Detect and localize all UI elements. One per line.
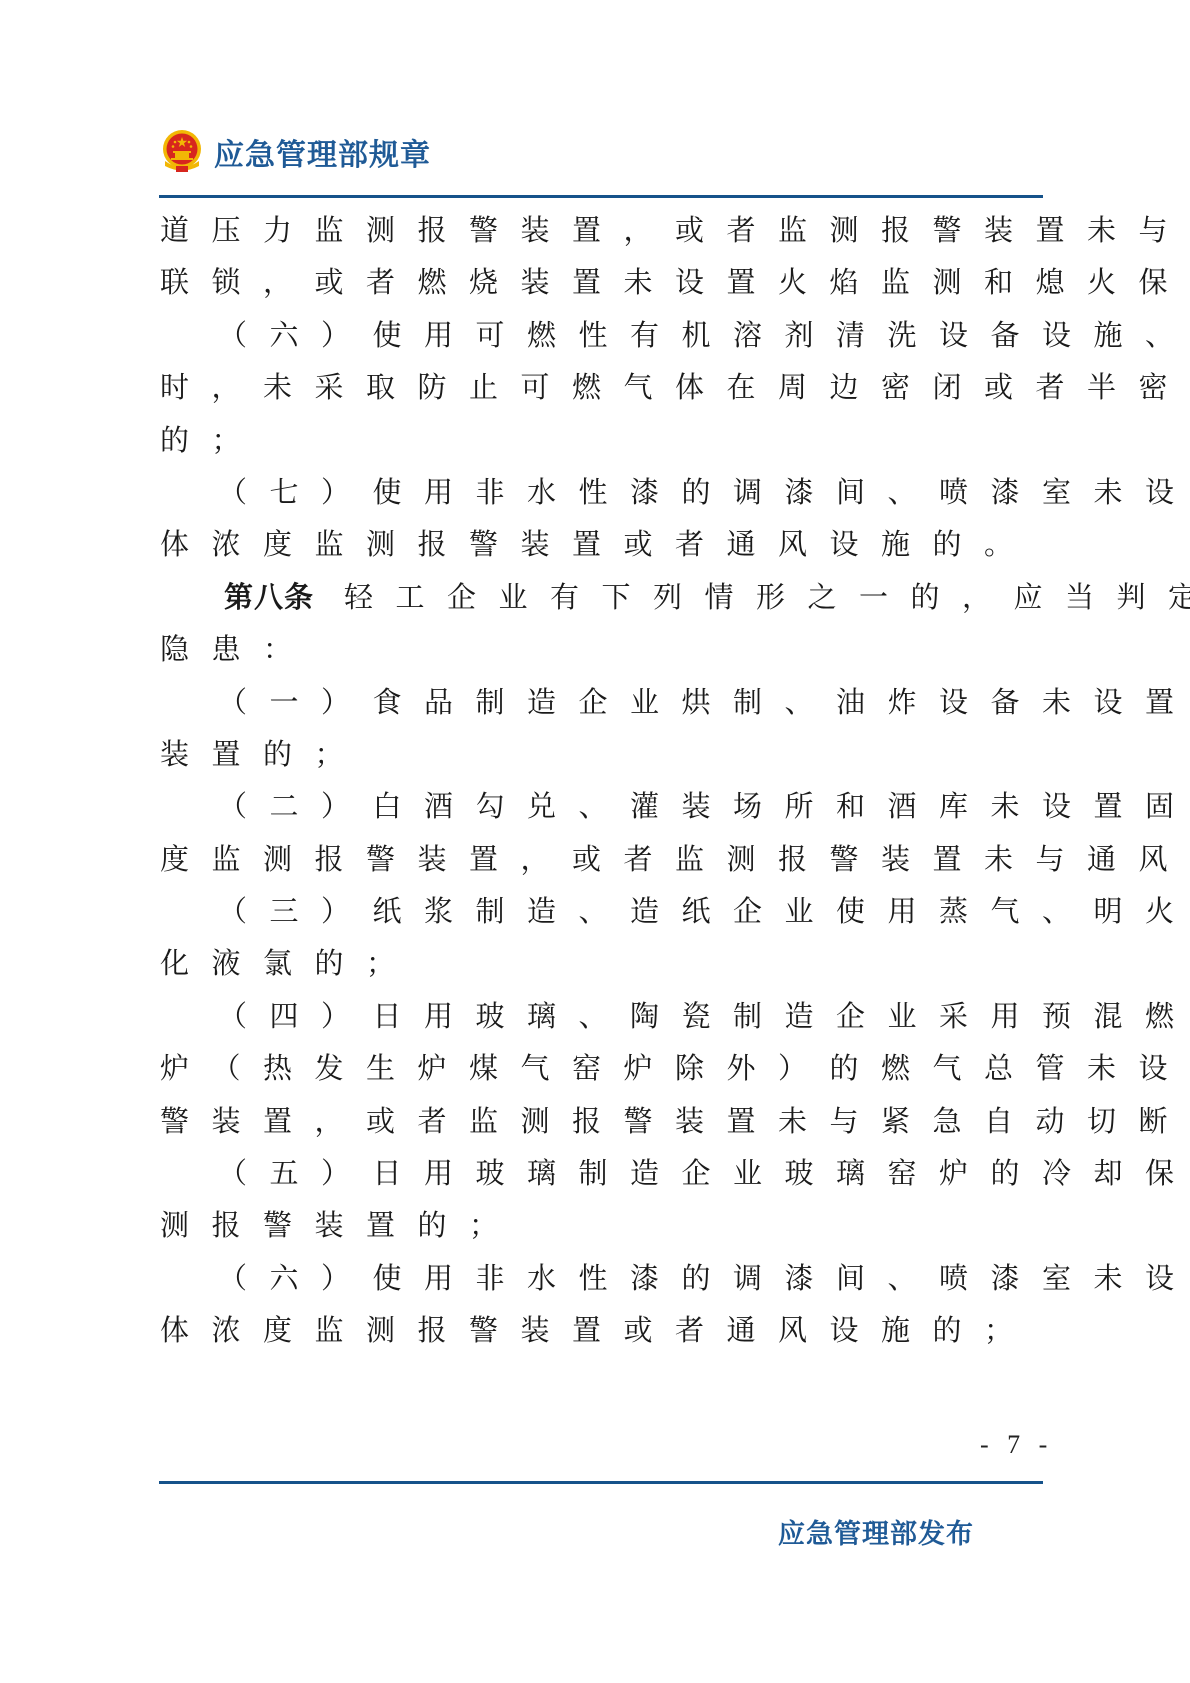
list-item-line: （二）白酒勾兑、灌装场所和酒库未设置固定式乙醇蒸气浓 [160,780,1060,832]
document-body: 道压力监测报警装置，或者监测报警装置未与紧急自动切断装置 联锁，或者燃烧装置未设… [160,204,1060,1357]
text-line: 炉（热发生炉煤气窑炉除外）的燃气总管未设置管道压力监测报 [160,1042,1060,1094]
text-line: 度监测报警装置，或者监测报警装置未与通风设施联锁的； [160,833,1060,885]
article-text: 轻工企业有下列情形之一的，应当判定为重大事故 [344,580,1190,614]
list-item-line: （四）日用玻璃、陶瓷制造企业采用预混燃烧方式的燃气窑 [160,990,1060,1042]
list-item-line: （一）食品制造企业烘制、油炸设备未设置防过热自动切断 [160,676,1060,728]
article-line: 第八条轻工企业有下列情形之一的，应当判定为重大事故 [160,571,1060,623]
text-line: 体浓度监测报警装置或者通风设施的； [160,1304,1060,1356]
header-title: 应急管理部规章 [214,130,431,174]
national-emblem-icon [160,129,204,175]
text-line: 联锁，或者燃烧装置未设置火焰监测和熄火保护系统的； [160,256,1060,308]
article-heading: 第八条 [224,580,314,614]
text-line: 警装置，或者监测报警装置未与紧急自动切断装置联锁的； [160,1095,1060,1147]
header-divider [159,195,1043,198]
text-line: 的； [160,414,1060,466]
text-line: 化液氯的； [160,937,1060,989]
list-item-line: （六）使用非水性漆的调漆间、喷漆室未设置固定式可燃气 [160,1252,1060,1304]
text-line: 道压力监测报警装置，或者监测报警装置未与紧急自动切断装置 [160,204,1060,256]
text-line: 装置的； [160,728,1060,780]
list-item-line: （三）纸浆制造、造纸企业使用蒸气、明火直接加热钢瓶汽 [160,885,1060,937]
list-item-line: （六）使用可燃性有机溶剂清洗设备设施、工装器具、地面 [160,309,1060,361]
footer-publisher: 应急管理部发布 [778,1512,974,1551]
text-line: 体浓度监测报警装置或者通风设施的。 [160,518,1060,570]
list-item-line: （七）使用非水性漆的调漆间、喷漆室未设置固定式可燃气 [160,466,1060,518]
page-number: - 7 - [980,1430,1050,1460]
page-header: 应急管理部规章 [160,128,431,176]
text-line: 隐患： [160,623,1060,675]
footer-divider [159,1481,1043,1484]
list-item-line: （五）日用玻璃制造企业玻璃窑炉的冷却保护系统未设置监 [160,1147,1060,1199]
text-line: 时，未采取防止可燃气体在周边密闭或者半密闭空间内积聚措施 [160,361,1060,413]
text-line: 测报警装置的； [160,1199,1060,1251]
